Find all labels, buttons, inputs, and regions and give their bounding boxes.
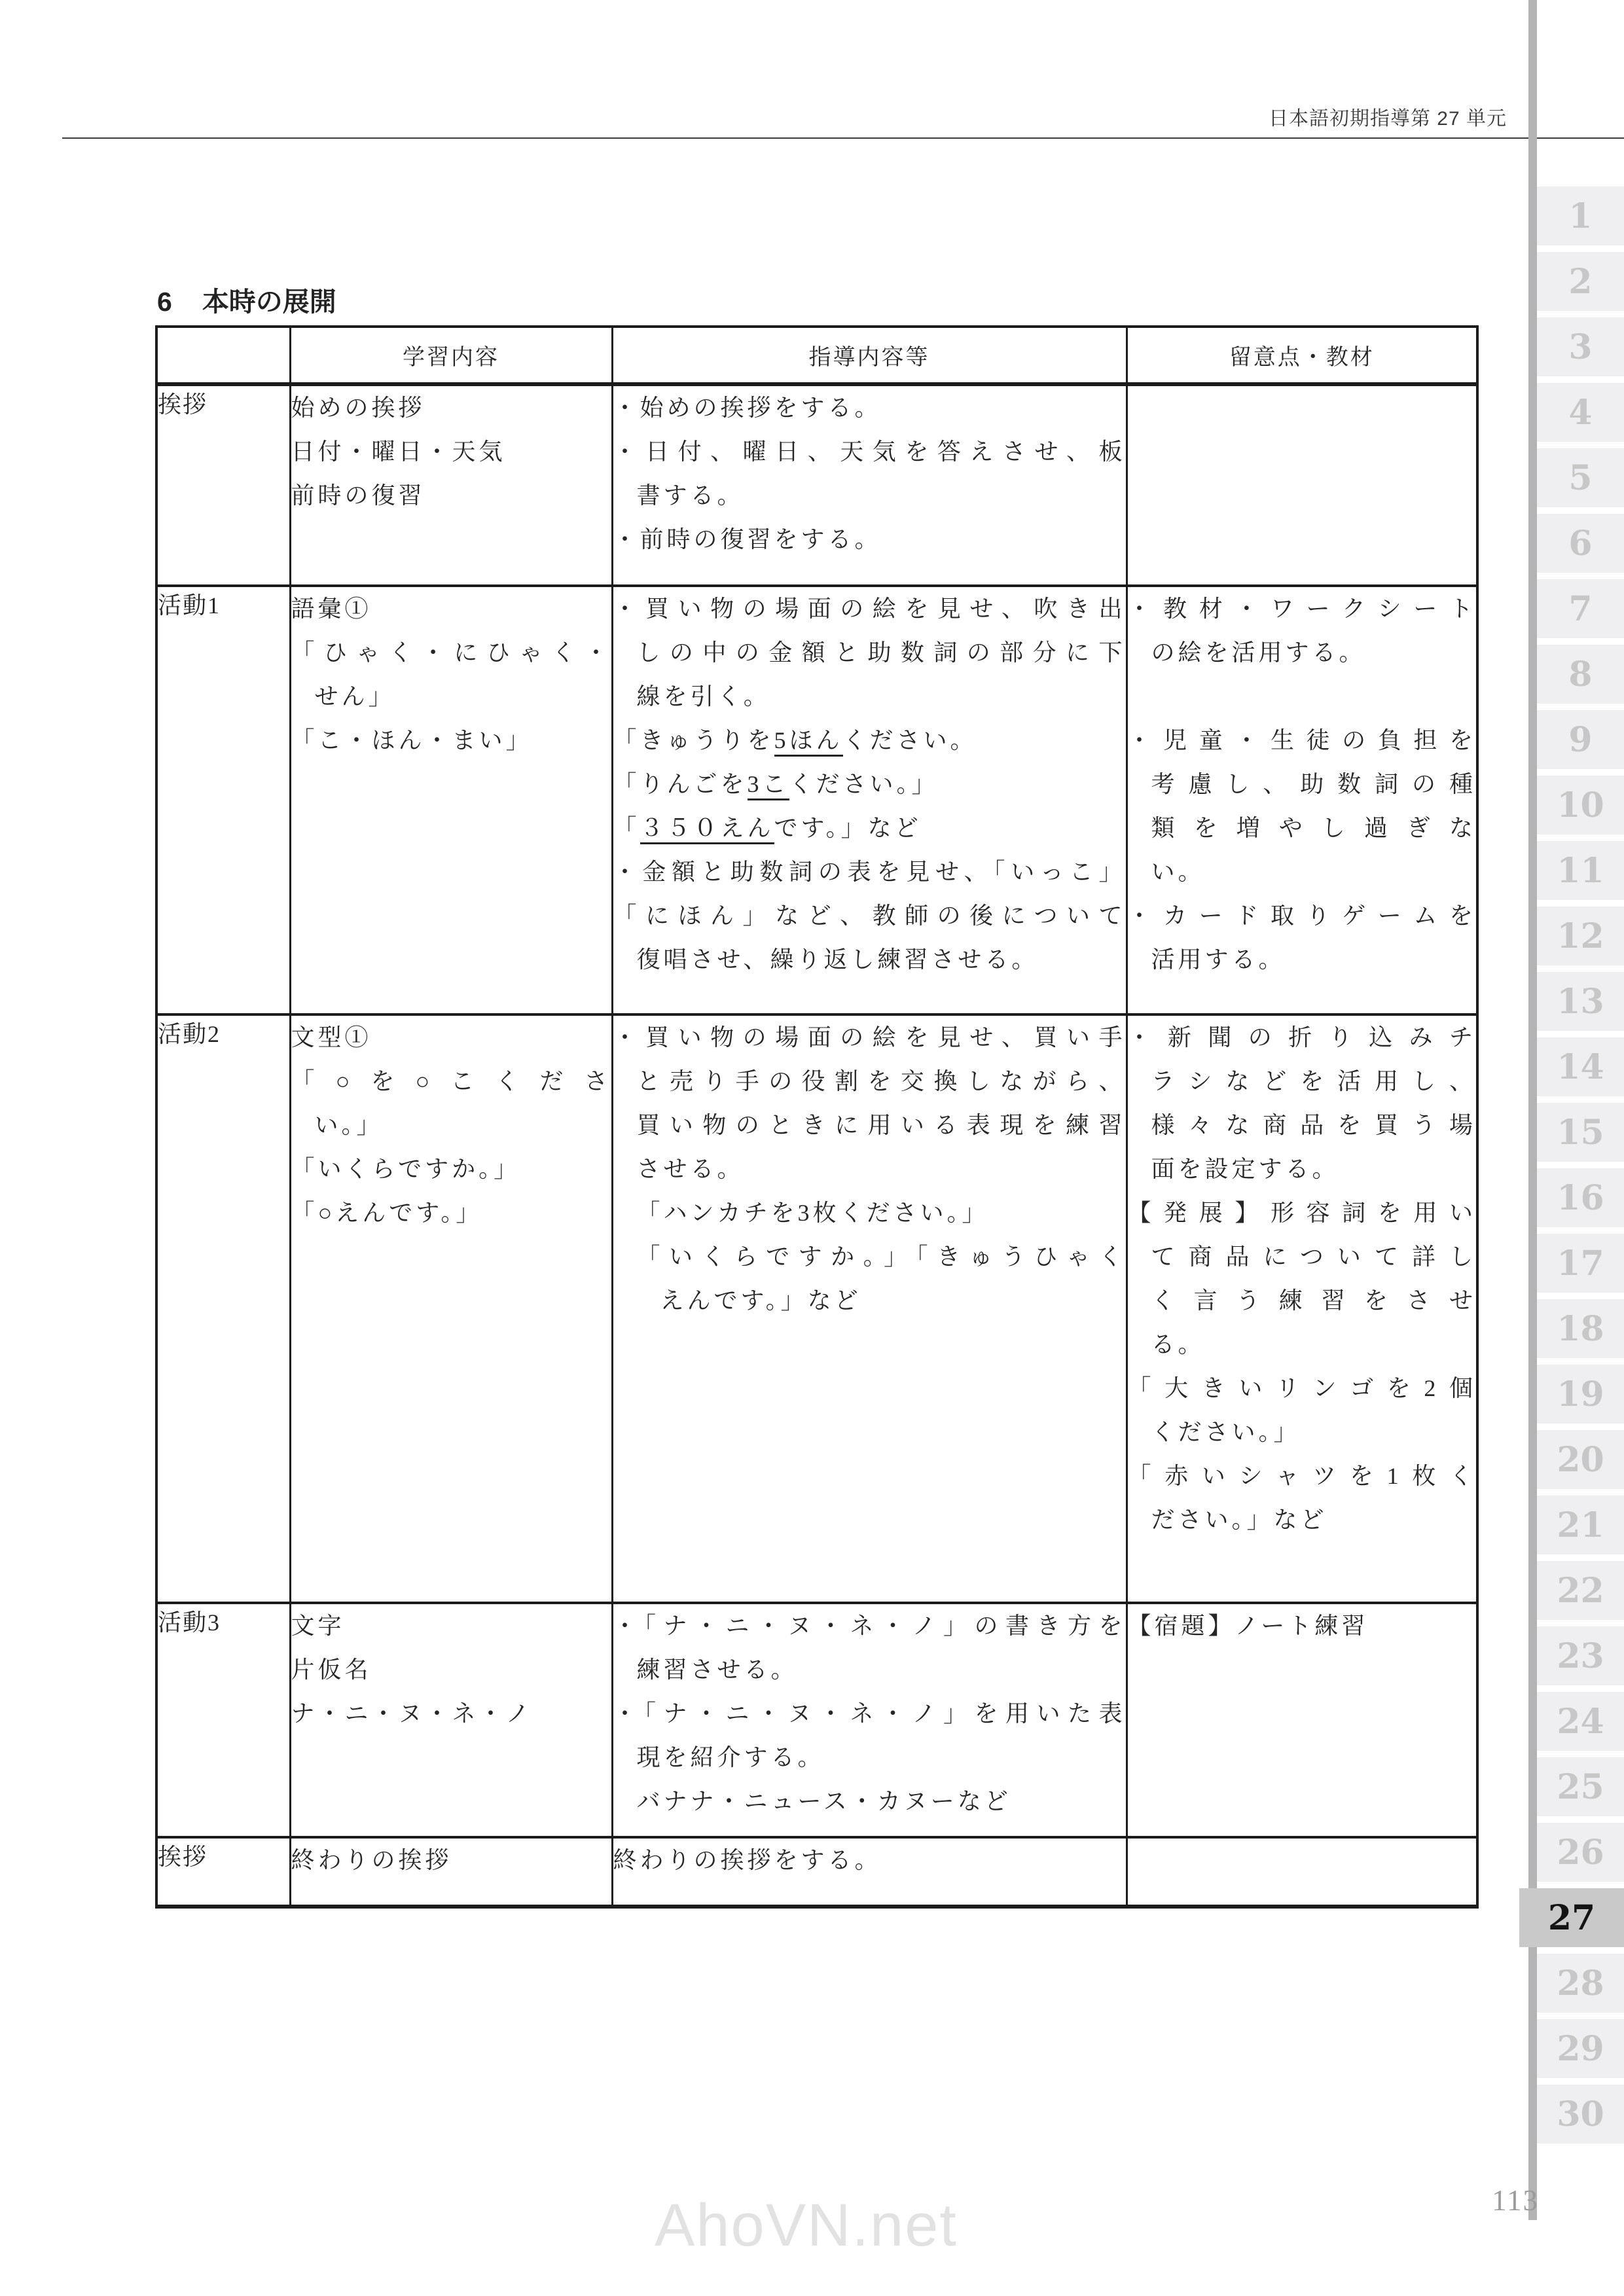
unit-tab-1: 1 — [1537, 187, 1624, 245]
lesson-plan-table: 学習内容 指導内容等 留意点・教材 挨拶 始めの挨拶日付・曜日・天気前時の復習 … — [155, 325, 1479, 1909]
text-line: 「大きいリンゴを2個 — [1128, 1367, 1477, 1410]
unit-tab-14: 14 — [1537, 1037, 1624, 1096]
text-line: 「りんごを3こください。」 — [613, 762, 1126, 806]
text-line: ・買い物の場面の絵を見せ、買い手 — [613, 1016, 1126, 1060]
text-line: せん」 — [291, 675, 611, 719]
stage-label: 挨拶 — [156, 1837, 290, 1907]
text-line: えんです。」など — [613, 1279, 1126, 1323]
unit-tab-15: 15 — [1537, 1103, 1624, 1162]
table-row: 活動1 語彙①「ひゃく・にひゃく・せん」「こ・ほん・まい」 ・買い物の場面の絵を… — [156, 586, 1477, 1014]
unit-tab-5: 5 — [1537, 448, 1624, 507]
column-header-learning: 学習内容 — [290, 327, 612, 384]
text-line: 文型① — [291, 1016, 611, 1060]
table-row: 挨拶 終わりの挨拶 終わりの挨拶をする。 — [156, 1837, 1477, 1907]
column-header-stage — [156, 327, 290, 384]
guidance-cell: 終わりの挨拶をする。 — [612, 1837, 1127, 1907]
document-header-title: 日本語初期指導第 27 単元 — [1269, 102, 1507, 131]
unit-tab-30: 30 — [1537, 2085, 1624, 2144]
section-number: 6 — [157, 287, 172, 317]
text-line: しの中の金額と助数詞の部分に下 — [613, 631, 1126, 675]
column-header-notes: 留意点・教材 — [1127, 327, 1477, 384]
document-page: 日本語初期指導第 27 単元 6本時の展開 学習内容 指導内容等 留意点・教材 … — [0, 0, 1624, 2296]
learning-cell: 始めの挨拶日付・曜日・天気前時の復習 — [290, 384, 612, 586]
text-line — [1128, 675, 1477, 719]
text-line: と売り手の役割を交換しながら、 — [613, 1060, 1126, 1103]
learning-cell: 語彙①「ひゃく・にひゃく・せん」「こ・ほん・まい」 — [290, 586, 612, 1014]
text-line: ください。」 — [1128, 1410, 1477, 1454]
text-line: ・日付、曜日、天気を答えさせ、板 — [613, 430, 1126, 474]
stage-label: 活動1 — [156, 586, 290, 1014]
text-line: 現を紹介する。 — [613, 1736, 1126, 1780]
text-line: 「○えんです。」 — [291, 1191, 611, 1235]
watermark: AhoVN.net — [655, 2191, 958, 2260]
text-line: ・新聞の折り込みチ — [1128, 1016, 1477, 1060]
unit-tab-2: 2 — [1537, 252, 1624, 311]
unit-tab-22: 22 — [1537, 1561, 1624, 1620]
column-header-guidance: 指導内容等 — [612, 327, 1127, 384]
unit-tab-11: 11 — [1537, 841, 1624, 900]
text-line: 面を設定する。 — [1128, 1147, 1477, 1191]
page-number: 113 — [1492, 2183, 1539, 2217]
text-line: る。 — [1128, 1323, 1477, 1367]
table-header-row: 学習内容 指導内容等 留意点・教材 — [156, 327, 1477, 384]
notes-cell — [1127, 384, 1477, 586]
unit-tab-25: 25 — [1537, 1757, 1624, 1816]
text-line: 「いくらですか。」「きゅうひゃく — [613, 1235, 1126, 1279]
text-line: 【宿題】ノート練習 — [1128, 1604, 1477, 1648]
text-line: 「にほん」など、教師の後について — [613, 894, 1126, 938]
table-row: 活動2 文型①「○を○こください。」「いくらですか。」「○えんです。」 ・買い物… — [156, 1014, 1477, 1603]
text-line: 文字 — [291, 1604, 611, 1648]
section-title-text: 本時の展開 — [202, 287, 336, 317]
notes-cell: ・教材・ワークシートの絵を活用する。 ・児童・生徒の負担を考慮し、助数詞の種類を… — [1127, 586, 1477, 1014]
text-line: 前時の復習 — [291, 474, 611, 518]
text-line: 【発展】形容詞を用い — [1128, 1191, 1477, 1235]
text-line: の絵を活用する。 — [1128, 631, 1477, 675]
text-line: させる。 — [613, 1147, 1126, 1191]
unit-tab-19: 19 — [1537, 1365, 1624, 1424]
text-line: ・児童・生徒の負担を — [1128, 719, 1477, 762]
unit-tab-13: 13 — [1537, 972, 1624, 1031]
unit-tab-18: 18 — [1537, 1299, 1624, 1358]
text-line: 「きゅうりを5ほんください。 — [613, 719, 1126, 762]
unit-tab-3: 3 — [1537, 317, 1624, 376]
text-line: ださい。」など — [1128, 1498, 1477, 1542]
underlined-text: ３５０えん — [640, 815, 774, 844]
text-line: ・カード取りゲームを — [1128, 894, 1477, 938]
text-line: て商品について詳し — [1128, 1235, 1477, 1279]
notes-cell: 【宿題】ノート練習 — [1127, 1603, 1477, 1837]
text-line: 様々な商品を買う場 — [1128, 1103, 1477, 1147]
text-line: ・前時の復習をする。 — [613, 518, 1126, 562]
text-line: 「ひゃく・にひゃく・ — [291, 631, 611, 675]
text-line: 類を増やし過ぎな — [1128, 806, 1477, 850]
text-line: 「いくらですか。」 — [291, 1147, 611, 1191]
text-line: 始めの挨拶 — [291, 386, 611, 430]
text-line: ラシなどを活用し、 — [1128, 1060, 1477, 1103]
text-line: 片仮名 — [291, 1648, 611, 1692]
text-line: く言う練習をさせ — [1128, 1279, 1477, 1323]
unit-tab-4: 4 — [1537, 383, 1624, 442]
unit-tab-27: 27 — [1519, 1888, 1624, 1947]
text-line: 日付・曜日・天気 — [291, 430, 611, 474]
text-line: 「○を○こくださ — [291, 1060, 611, 1103]
unit-tab-21: 21 — [1537, 1496, 1624, 1554]
unit-tab-6: 6 — [1537, 514, 1624, 573]
text-line: ・始めの挨拶をする。 — [613, 386, 1126, 430]
text-line: 復唱させ、繰り返し練習させる。 — [613, 938, 1126, 982]
text-line: 買い物のときに用いる表現を練習 — [613, 1103, 1126, 1147]
unit-tab-7: 7 — [1537, 579, 1624, 638]
stage-label: 活動2 — [156, 1014, 290, 1603]
text-line: ・「ナ・ニ・ヌ・ネ・ノ」を用いた表 — [613, 1692, 1126, 1736]
text-line: 考慮し、助数詞の種 — [1128, 762, 1477, 806]
guidance-cell: ・「ナ・ニ・ヌ・ネ・ノ」の書き方を練習させる。・「ナ・ニ・ヌ・ネ・ノ」を用いた表… — [612, 1603, 1127, 1837]
unit-tab-24: 24 — [1537, 1692, 1624, 1751]
stage-label: 挨拶 — [156, 384, 290, 586]
unit-tab-28: 28 — [1537, 1954, 1624, 2013]
header-rule — [62, 137, 1624, 139]
guidance-cell: ・始めの挨拶をする。・日付、曜日、天気を答えさせ、板書する。・前時の復習をする。 — [612, 384, 1127, 586]
text-line: ナ・ニ・ヌ・ネ・ノ — [291, 1692, 611, 1736]
unit-tab-8: 8 — [1537, 645, 1624, 704]
table-row: 活動3 文字片仮名ナ・ニ・ヌ・ネ・ノ ・「ナ・ニ・ヌ・ネ・ノ」の書き方を練習させ… — [156, 1603, 1477, 1837]
text-line: 書する。 — [613, 474, 1126, 518]
notes-cell: ・新聞の折り込みチラシなどを活用し、様々な商品を買う場面を設定する。【発展】形容… — [1127, 1014, 1477, 1603]
text-line: 活用する。 — [1128, 938, 1477, 982]
unit-tab-23: 23 — [1537, 1626, 1624, 1685]
text-line: ・「ナ・ニ・ヌ・ネ・ノ」の書き方を — [613, 1604, 1126, 1648]
learning-cell: 文字片仮名ナ・ニ・ヌ・ネ・ノ — [290, 1603, 612, 1837]
underlined-text: 3こ — [748, 771, 789, 800]
learning-cell: 文型①「○を○こください。」「いくらですか。」「○えんです。」 — [290, 1014, 612, 1603]
unit-tab-26: 26 — [1537, 1823, 1624, 1882]
text-line: い。 — [1128, 850, 1477, 894]
text-line: ・教材・ワークシート — [1128, 587, 1477, 631]
text-line: ・買い物の場面の絵を見せ、吹き出 — [613, 587, 1126, 631]
underlined-text: 5ほん — [774, 727, 843, 757]
guidance-cell: ・買い物の場面の絵を見せ、買い手と売り手の役割を交換しながら、買い物のときに用い… — [612, 1014, 1127, 1603]
section-title: 6本時の展開 — [157, 280, 336, 319]
text-line: 「ハンカチを3枚ください。」 — [613, 1191, 1126, 1235]
unit-tab-20: 20 — [1537, 1430, 1624, 1489]
text-line: 練習させる。 — [613, 1648, 1126, 1692]
unit-index-tabs: 1234567891011121314151617181920212223242… — [1519, 187, 1624, 2144]
table-row: 挨拶 始めの挨拶日付・曜日・天気前時の復習 ・始めの挨拶をする。・日付、曜日、天… — [156, 384, 1477, 586]
text-line: 「こ・ほん・まい」 — [291, 719, 611, 762]
unit-tab-16: 16 — [1537, 1168, 1624, 1227]
text-line: 線を引く。 — [613, 675, 1126, 719]
unit-tab-9: 9 — [1537, 710, 1624, 769]
guidance-cell: ・買い物の場面の絵を見せ、吹き出しの中の金額と助数詞の部分に下線を引く。「きゅう… — [612, 586, 1127, 1014]
learning-cell: 終わりの挨拶 — [290, 1837, 612, 1907]
text-line: ・金額と助数詞の表を見せ、「いっこ」 — [613, 850, 1126, 894]
text-line: 語彙① — [291, 587, 611, 631]
notes-cell — [1127, 1837, 1477, 1907]
text-line: 終わりの挨拶をする。 — [613, 1839, 1126, 1882]
unit-tab-10: 10 — [1537, 776, 1624, 834]
unit-tab-29: 29 — [1537, 2019, 1624, 2078]
text-line: 「３５０えんです。」など — [613, 806, 1126, 850]
unit-tab-17: 17 — [1537, 1234, 1624, 1293]
stage-label: 活動3 — [156, 1603, 290, 1837]
text-line: い。」 — [291, 1103, 611, 1147]
text-line: 「赤いシャツを1枚く — [1128, 1454, 1477, 1498]
text-line: 終わりの挨拶 — [291, 1839, 611, 1882]
text-line: バナナ・ニュース・カヌーなど — [613, 1780, 1126, 1823]
unit-tab-12: 12 — [1537, 906, 1624, 965]
